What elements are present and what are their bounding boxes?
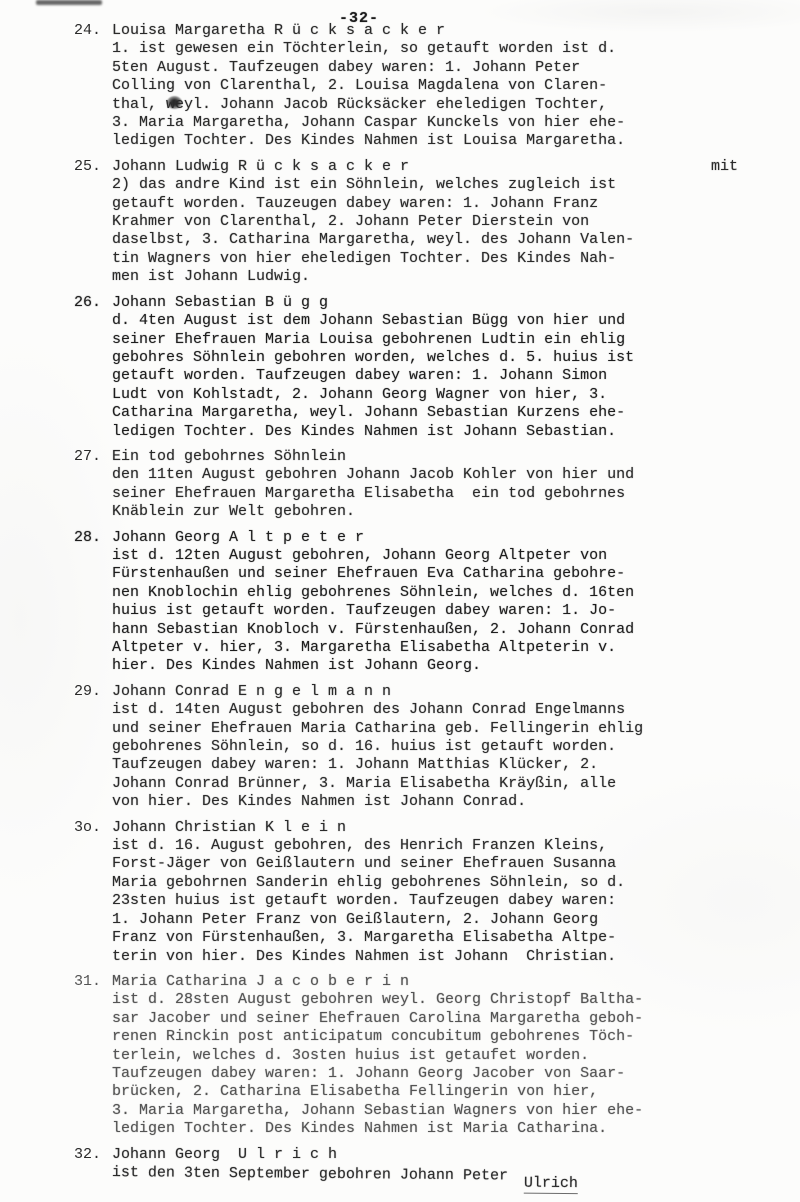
entry-line: ist d. 14ten August gebohren des Johann … — [112, 701, 764, 719]
entry-line: den 11ten August gebohren Johann Jacob K… — [112, 466, 764, 484]
entry-line: Maria gebohrnen Sanderin ehlig gebohrene… — [112, 874, 764, 892]
scanned-register-page: -32- 24. Louisa Margaretha R ü c k s a c… — [0, 0, 800, 1202]
entry-line: und seiner Ehefrauen Maria Catharina geb… — [112, 720, 764, 738]
trailing-underlined-word: Ulrich — [524, 1175, 578, 1195]
entry-line: Forst-Jäger von Geißlautern und seiner E… — [112, 855, 764, 873]
entry-line: ist d. 28sten August gebohren weyl. Geor… — [112, 991, 764, 1009]
entry-body: Johann Ludwig R ü c k s a c k e r mit 2)… — [112, 158, 764, 287]
scan-smudge-artifact — [36, 0, 102, 5]
entry-line: Krahmer von Clarenthal, 2. Johann Peter … — [112, 213, 764, 231]
entry-number: 25. — [74, 158, 112, 287]
entry-line: seiner Ehefrauen Maria Louisa gebohrenen… — [112, 331, 764, 349]
entry-line: hier. Des Kindes Nahmen ist Johann Georg… — [112, 657, 764, 675]
entry-line: 2) das andre Kind ist ein Söhnlein, welc… — [112, 176, 764, 194]
entry-line: huius ist getauft worden. Taufzeugen dab… — [112, 602, 764, 620]
entry-title: Louisa Margaretha R ü c k s a c k e r — [112, 22, 764, 40]
entry-line: getauft worden. Tauzeugen dabey waren: 1… — [112, 195, 764, 213]
register-entry-24: 24. Louisa Margaretha R ü c k s a c k e … — [74, 22, 764, 151]
entry-title: Johann Georg A l t p e t e r — [112, 529, 764, 547]
register-entry-28: 28. Johann Georg A l t p e t e r ist d. … — [74, 529, 764, 676]
entry-number: 29. — [74, 683, 112, 812]
entry-title: Ein tod gebohrnes Söhnlein — [112, 448, 764, 466]
entry-number: 26. — [74, 294, 112, 441]
entry-line: d. 4ten August ist dem Johann Sebastian … — [112, 312, 764, 330]
entry-line: terin von hier. Des Kindes Nahmen ist Jo… — [112, 948, 764, 966]
entry-title: Johann Conrad E n g e l m a n n — [112, 683, 764, 701]
entry-body: Johann Conrad E n g e l m a n n ist d. 1… — [112, 683, 764, 812]
entry-line: gebohres Söhnlein gebohren worden, welch… — [112, 349, 764, 367]
entry-title-row: Johann Ludwig R ü c k s a c k e r mit — [112, 158, 764, 176]
entry-line: von hier. Des Kindes Nahmen ist Johann C… — [112, 793, 764, 811]
entry-line: terlein, welches d. 3osten huius ist get… — [112, 1047, 764, 1065]
entry-line: renen Rinckin post anticipatum concubitu… — [112, 1028, 764, 1046]
entry-line: 5ten August. Taufzeugen dabey waren: 1. … — [112, 59, 764, 77]
entry-line: tin Wagners von hier eheledigen Tochter.… — [112, 250, 764, 268]
entry-number: 3o. — [74, 819, 112, 966]
register-entry-30: 3o. Johann Christian K l e i n ist d. 16… — [74, 819, 764, 966]
entry-line: Taufzeugen dabey waren: 1. Johann Matthi… — [112, 756, 764, 774]
entry-line: sar Jacober und seiner Ehefrauen Carolin… — [112, 1010, 764, 1028]
entry-line: ist den 3ten September gebohren Johann P… — [112, 1164, 764, 1189]
entry-line: ist d. 16. August gebohren, des Henrich … — [112, 837, 764, 855]
entry-line: Altpeter v. hier, 3. Margaretha Elisabet… — [112, 639, 764, 657]
entry-line: 23sten huius ist getauft worden. Taufzeu… — [112, 892, 764, 910]
entry-title: Maria Catharina J a c o b e r i n — [112, 973, 764, 991]
entry-title: Johann Sebastian B ü g g — [112, 294, 764, 312]
entry-line-text: ist den 3ten September gebohren Johann P… — [112, 1164, 508, 1184]
entry-body: Johann Sebastian B ü g g d. 4ten August … — [112, 294, 764, 441]
entry-title: Johann Ludwig R ü c k s a c k e r — [112, 158, 409, 176]
entry-line: thal, weyl. Johann Jacob Rücksäcker ehel… — [112, 96, 764, 114]
entry-body: Johann Georg U l r i c h ist den 3ten Se… — [112, 1146, 764, 1184]
entry-line: 3. Maria Margaretha, Johann Sebastian Wa… — [112, 1102, 764, 1120]
entry-body: Ein tod gebohrnes Söhnlein den 11ten Aug… — [112, 448, 764, 522]
entry-line: Ludt von Kohlstadt, 2. Johann Georg Wagn… — [112, 386, 764, 404]
entry-body: Johann Georg A l t p e t e r ist d. 12te… — [112, 529, 764, 676]
register-entry-26: 26. Johann Sebastian B ü g g d. 4ten Aug… — [74, 294, 764, 441]
register-entry-29: 29. Johann Conrad E n g e l m a n n ist … — [74, 683, 764, 812]
entry-body: Johann Christian K l e i n ist d. 16. Au… — [112, 819, 764, 966]
entry-title: Johann Georg U l r i c h — [112, 1146, 764, 1164]
register-entry-31: 31. Maria Catharina J a c o b e r i n is… — [74, 973, 764, 1139]
entry-line: daselbst, 3. Catharina Margaretha, weyl.… — [112, 231, 764, 249]
entry-line: getauft worden. Taufzeugen dabey waren: … — [112, 367, 764, 385]
entry-number: 32. — [74, 1146, 112, 1184]
entry-line: Taufzeugen dabey waren: 1. Johann Georg … — [112, 1065, 764, 1083]
entry-line: Catharina Margaretha, weyl. Johann Sebas… — [112, 404, 764, 422]
entry-line: Johann Conrad Brünner, 3. Maria Elisabet… — [112, 775, 764, 793]
entry-number: 27. — [74, 448, 112, 522]
entry-line: gebohrenes Söhnlein, so d. 16. huius ist… — [112, 738, 764, 756]
register-entry-27: 27. Ein tod gebohrnes Söhnlein den 11ten… — [74, 448, 764, 522]
entry-line: 1. ist gewesen ein Töchterlein, so getau… — [112, 40, 764, 58]
entry-line: ledigen Tochter. Des Kindes Nahmen ist L… — [112, 132, 764, 150]
entry-line: hann Sebastian Knobloch v. Fürstenhaußen… — [112, 621, 764, 639]
entry-line: ledigen Tochter. Des Kindes Nahmen ist J… — [112, 423, 764, 441]
register-content: 24. Louisa Margaretha R ü c k s a c k e … — [74, 22, 764, 1190]
entry-line: 3. Maria Margaretha, Johann Caspar Kunck… — [112, 114, 764, 132]
entry-line: Franz von Fürstenhaußen, 3. Margaretha E… — [112, 929, 764, 947]
entry-number: 31. — [74, 973, 112, 1139]
entry-title: Johann Christian K l e i n — [112, 819, 764, 837]
entry-line: Colling von Clarenthal, 2. Louisa Magdal… — [112, 77, 764, 95]
entry-line: men ist Johann Ludwig. — [112, 268, 764, 286]
entry-line: Fürstenhaußen und seiner Ehefrauen Eva C… — [112, 565, 764, 583]
entry-line: nen Knoblochin ehlig gebohrenes Söhnlein… — [112, 584, 764, 602]
register-entry-25: 25. Johann Ludwig R ü c k s a c k e r mi… — [74, 158, 764, 287]
entry-number: 24. — [74, 22, 112, 151]
entry-body: Maria Catharina J a c o b e r i n ist d.… — [112, 973, 764, 1139]
entry-line: Knäblein zur Welt gebohren. — [112, 503, 764, 521]
margin-note: mit — [711, 158, 764, 176]
entry-number: 28. — [74, 529, 112, 676]
entry-line: ist d. 12ten August gebohren, Johann Geo… — [112, 547, 764, 565]
entry-line: seiner Ehefrauen Margaretha Elisabetha e… — [112, 485, 764, 503]
entry-line: brücken, 2. Catharina Elisabetha Felling… — [112, 1083, 764, 1101]
register-entry-32: 32. Johann Georg U l r i c h ist den 3te… — [74, 1146, 764, 1184]
entry-line: ledigen Tochter. Des Kindes Nahmen ist M… — [112, 1120, 764, 1138]
entry-body: Louisa Margaretha R ü c k s a c k e r 1.… — [112, 22, 764, 151]
entry-line: 1. Johann Peter Franz von Geißlautern, 2… — [112, 911, 764, 929]
